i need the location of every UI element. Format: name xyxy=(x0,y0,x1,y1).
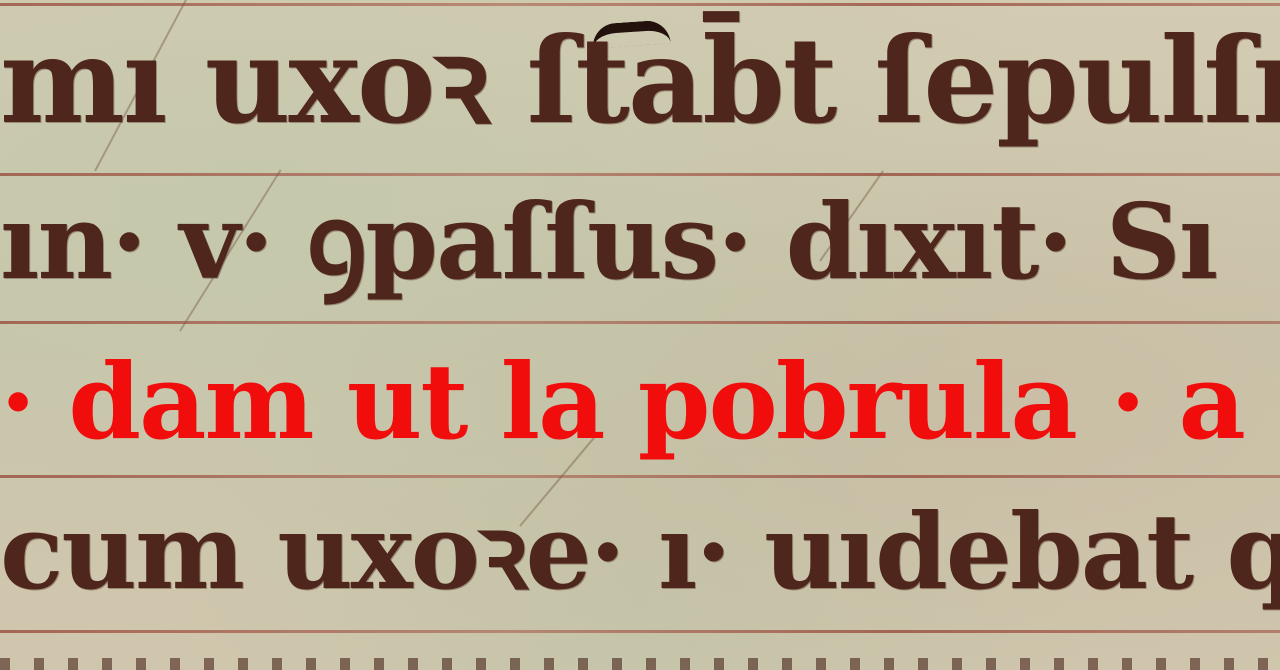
line-text: ın· v· ꝯpaſſus· dıxıt· Sı xyxy=(0,190,1216,294)
line-text: mı uxoꝛ ſtab̄t ſepulſıne a xyxy=(0,22,1280,140)
manuscript-page: mı uxoꝛ ſtab̄t ſepulſıne a ın· v· ꝯpaſſu… xyxy=(0,0,1280,670)
manuscript-line-5-partial xyxy=(0,648,1280,670)
ruling-line xyxy=(0,321,1280,324)
manuscript-line-3-rubric: · dam ut la pobrula · a ti poꝛ xyxy=(0,350,1280,454)
manuscript-line-2: ın· v· ꝯpaſſus· dıxıt· Sı xyxy=(0,190,1216,294)
ruling-line xyxy=(0,173,1280,176)
ruling-line xyxy=(0,475,1280,478)
line-text: cum uxoꝛe· ı· uıdebat qūq; la xyxy=(0,500,1280,604)
ruling-line xyxy=(0,3,1280,6)
rubric-text: · dam ut la pobrula · a ti poꝛ xyxy=(0,350,1280,454)
ruling-line xyxy=(0,630,1280,633)
manuscript-line-1: mı uxoꝛ ſtab̄t ſepulſıne a xyxy=(0,22,1280,140)
manuscript-line-4: cum uxoꝛe· ı· uıdebat qūq; la xyxy=(0,500,1280,604)
